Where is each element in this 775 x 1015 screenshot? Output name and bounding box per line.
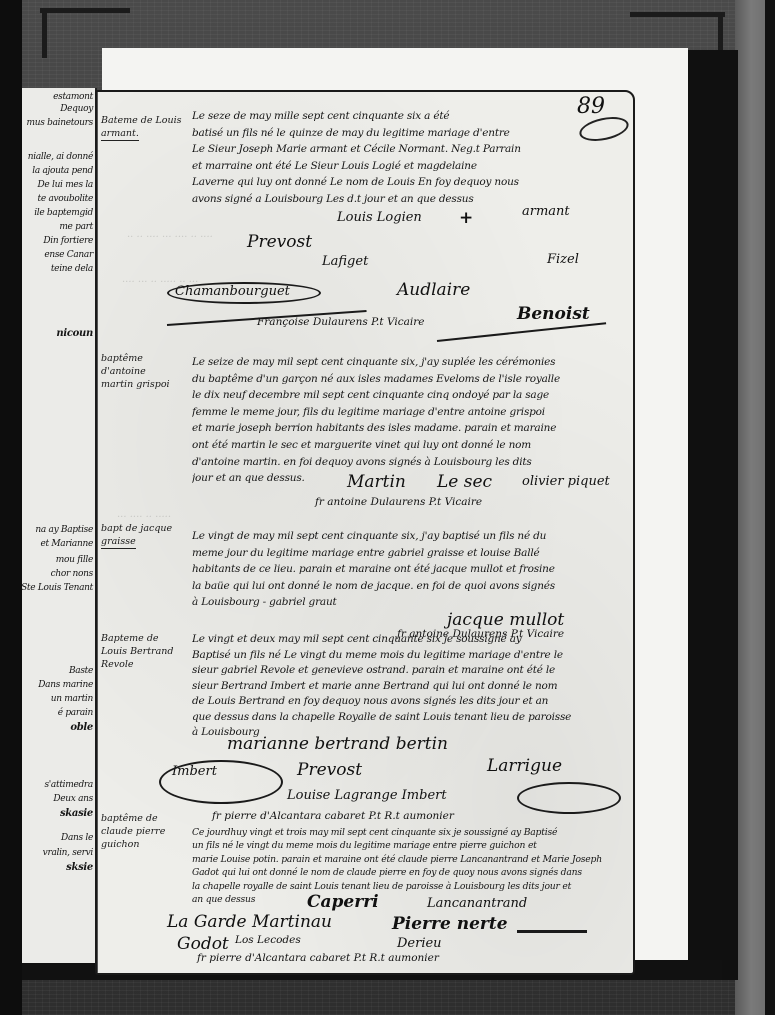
entry-line: batisé un fils né le quinze de may du le…	[192, 125, 630, 142]
left-page-text-fragment: Dequoy	[60, 104, 93, 114]
left-page-text-fragment: mou fille	[56, 555, 93, 565]
signature: Benoist	[517, 304, 590, 324]
left-page-text-fragment: Dans le	[61, 833, 93, 843]
left-page-text-fragment: ile baptemgid	[34, 208, 93, 218]
entry-line: Ce jourdhuy vingt et trois may mil sept …	[192, 826, 630, 839]
entry-line: le dix neuf decembre mil sept cent cinqu…	[192, 387, 630, 404]
left-page-text-fragment: sksie	[66, 862, 93, 873]
signature: marianne bertrand bertin	[227, 734, 448, 754]
left-page-text-fragment: mus bainetours	[27, 118, 94, 128]
margin-note-line: Louis Bertrand	[101, 645, 189, 658]
entry-line: marie Louise potin. parain et maraine on…	[192, 853, 630, 866]
left-page-text-fragment: Din fortiere	[43, 236, 93, 246]
signature: fr pierre d'Alcantara cabaret P.t R.t au…	[197, 952, 439, 964]
margin-note: Bapteme de Louis Bertrand Revole	[101, 632, 189, 671]
entry-line: femme le meme jour, fils du legitime mar…	[192, 404, 630, 421]
signature: La Garde Martinau	[167, 912, 332, 932]
signature: Lafiget	[322, 254, 368, 269]
entry-line: un fils né le vingt du meme mois du legi…	[192, 839, 630, 852]
bleed-through: ·· ·· ···· ··· ···· ·· ····	[127, 232, 213, 243]
entry-line: Le seize de may mil sept cent cinquante …	[192, 354, 630, 371]
signature: Françoise Dulaurens P.t Vicaire	[257, 316, 424, 328]
cross-mark: +	[459, 208, 473, 228]
margin-note-line: Revole	[101, 658, 189, 671]
entry-line: ont été martin le sec et marguerite vine…	[192, 437, 630, 454]
margin-note: baptême de claude pierre guichon	[101, 812, 189, 851]
entry-line: Gadot qui lui ont donné le nom de claude…	[192, 866, 630, 879]
left-page-text-fragment: chor nons	[51, 569, 93, 579]
left-page-text-fragment: ense Canar	[44, 250, 93, 260]
entry-line: la chapelle royalle de saint Louis tenan…	[192, 880, 630, 893]
margin-rule	[97, 92, 98, 973]
baptism-entry: Le vingt de may mil sept cent cinquante …	[192, 528, 630, 611]
left-page-text-fragment: skasie	[60, 808, 93, 819]
left-page-text-fragment: nialle, ai donné	[28, 152, 93, 162]
entry-line: à Louisbourg - gabriel graut	[192, 594, 630, 611]
entry-line: sieur gabriel Revole et genevieve ostran…	[192, 663, 630, 679]
baptism-entry: Le seze de may mille sept cent cinquante…	[192, 108, 630, 208]
entry-line: et marraine ont été Le Sieur Louis Logié…	[192, 158, 630, 175]
margin-note: Bateme de Louis armant.	[101, 100, 189, 141]
entry-line: du baptême d'un garçon né aux isles mada…	[192, 371, 630, 388]
signature-flourish	[167, 282, 321, 304]
left-page-text-fragment: Dans marine	[38, 680, 93, 690]
page-shadow	[688, 50, 738, 980]
margin-note: bapt de jacque graisse	[101, 522, 189, 549]
signature-flourish	[159, 760, 283, 804]
left-page-text-fragment: De lui mes la	[37, 180, 93, 190]
left-page-text-fragment: s'attimedra	[44, 780, 93, 790]
signature: Derieu	[397, 936, 442, 951]
baptism-entry: Le seize de may mil sept cent cinquante …	[192, 354, 630, 487]
signature: Lancanantrand	[427, 896, 527, 911]
margin-note-line: graisse	[101, 535, 136, 549]
left-page-text-fragment: Ste Louis Tenant	[22, 583, 93, 593]
margin-note-line: baptême de	[101, 812, 189, 825]
left-page-text-fragment: Deux ans	[53, 794, 93, 804]
margin-note-line: bapt de jacque	[101, 522, 189, 535]
register-page: 89 ·· ·· ···· ··· ···· ·· ···· ···· ··· …	[95, 90, 635, 975]
signature: Los Lecodes	[235, 934, 301, 946]
baptism-entry: Ce jourdhuy vingt et trois may mil sept …	[192, 826, 630, 906]
signature: Larrigue	[487, 756, 562, 776]
signature: Godot	[177, 934, 229, 954]
left-page-text-fragment: é parain	[58, 708, 93, 718]
left-page-text-fragment: Baste	[69, 666, 93, 676]
binding-frame	[42, 8, 47, 58]
signature-flourish	[517, 782, 621, 814]
entry-line: Le Sieur Joseph Marie armant et Cécile N…	[192, 141, 630, 158]
left-page-text-fragment: teine dela	[51, 264, 93, 274]
signature: jacque mullot	[447, 610, 564, 630]
entry-line: habitants de ce lieu. parain et maraine …	[192, 561, 630, 578]
entry-line: et marie joseph berrion habitants des is…	[192, 420, 630, 437]
entry-line: Le vingt et deux may mil sept cent cinqu…	[192, 632, 630, 648]
entry-line: Laverne qui luy ont donné Le nom de Loui…	[192, 174, 630, 191]
signature: fr antoine Dulaurens P.t Vicaire	[315, 496, 482, 508]
left-page-text-fragment: un martin	[51, 694, 93, 704]
margin-note-line: martin grispoi	[101, 378, 189, 391]
entry-line: Baptisé un fils né Le vingt du meme mois…	[192, 648, 630, 664]
left-page-fragment: estamontDequoymus bainetoursnialle, ai d…	[22, 88, 97, 963]
margin-note-line: Bateme de Louis	[101, 114, 189, 127]
signature: armant	[522, 204, 570, 219]
left-page-text-fragment: nicoun	[56, 328, 93, 339]
left-page-text-fragment: me part	[59, 222, 93, 232]
scanner-edge	[0, 0, 22, 1015]
entry-line: la baüe qui lui ont donné le nom de jacq…	[192, 578, 630, 595]
signature: Prevost	[247, 232, 312, 252]
binding-frame	[630, 12, 725, 17]
left-page-text-fragment: vralin, servi	[43, 848, 93, 858]
entry-line: d'antoine martin. en foi dequoy avons si…	[192, 454, 630, 471]
entry-line: sieur Bertrand Imbert et marie anne Bert…	[192, 679, 630, 695]
entry-line: Le seze de may mille sept cent cinquante…	[192, 108, 630, 125]
entry-line: de Louis Bertrand en foy dequoy nous avo…	[192, 694, 630, 710]
margin-note-line: armant.	[101, 127, 139, 141]
left-page-text-fragment: estamont	[53, 92, 93, 102]
signature: olivier piquet	[522, 474, 610, 489]
signature-flourish	[517, 930, 587, 933]
margin-note-line: baptême d'antoine	[101, 352, 189, 378]
left-page-text-fragment: oble	[70, 722, 93, 733]
entry-line: an que dessus	[192, 893, 630, 906]
signature: Louis Logien	[337, 210, 422, 225]
signature: Martin	[347, 472, 406, 492]
signature: Caperri	[307, 892, 379, 912]
signature: Le sec	[437, 472, 492, 492]
margin-note: baptême d'antoine martin grispoi	[101, 352, 189, 391]
left-page-text-fragment: te avoubolite	[38, 194, 93, 204]
left-page-text-fragment: et Marianne	[40, 539, 93, 549]
baptism-entry: Le vingt et deux may mil sept cent cinqu…	[192, 632, 630, 741]
entry-line: que dessus dans la chapelle Royalle de s…	[192, 710, 630, 726]
signature: Prevost	[297, 760, 362, 780]
margin-note-line: claude pierre	[101, 825, 189, 838]
signature: Audlaire	[397, 280, 470, 300]
binding-frame	[40, 8, 130, 13]
signature: Pierre nerte	[392, 914, 508, 934]
entry-line: Le vingt de may mil sept cent cinquante …	[192, 528, 630, 545]
left-page-text-fragment: la ajouta pend	[32, 166, 93, 176]
signature: Louise Lagrange Imbert	[287, 788, 447, 803]
scanner-edge	[765, 0, 775, 1015]
margin-note-line: Bapteme de	[101, 632, 189, 645]
left-page-text-fragment: na ay Baptise	[35, 525, 93, 535]
signature: Fizel	[547, 252, 579, 267]
signature: fr pierre d'Alcantara cabaret P.t R.t au…	[212, 810, 454, 822]
margin-note-line: guichon	[101, 838, 189, 851]
signature-flourish	[437, 322, 606, 342]
entry-line: meme jour du legitime mariage entre gabr…	[192, 545, 630, 562]
